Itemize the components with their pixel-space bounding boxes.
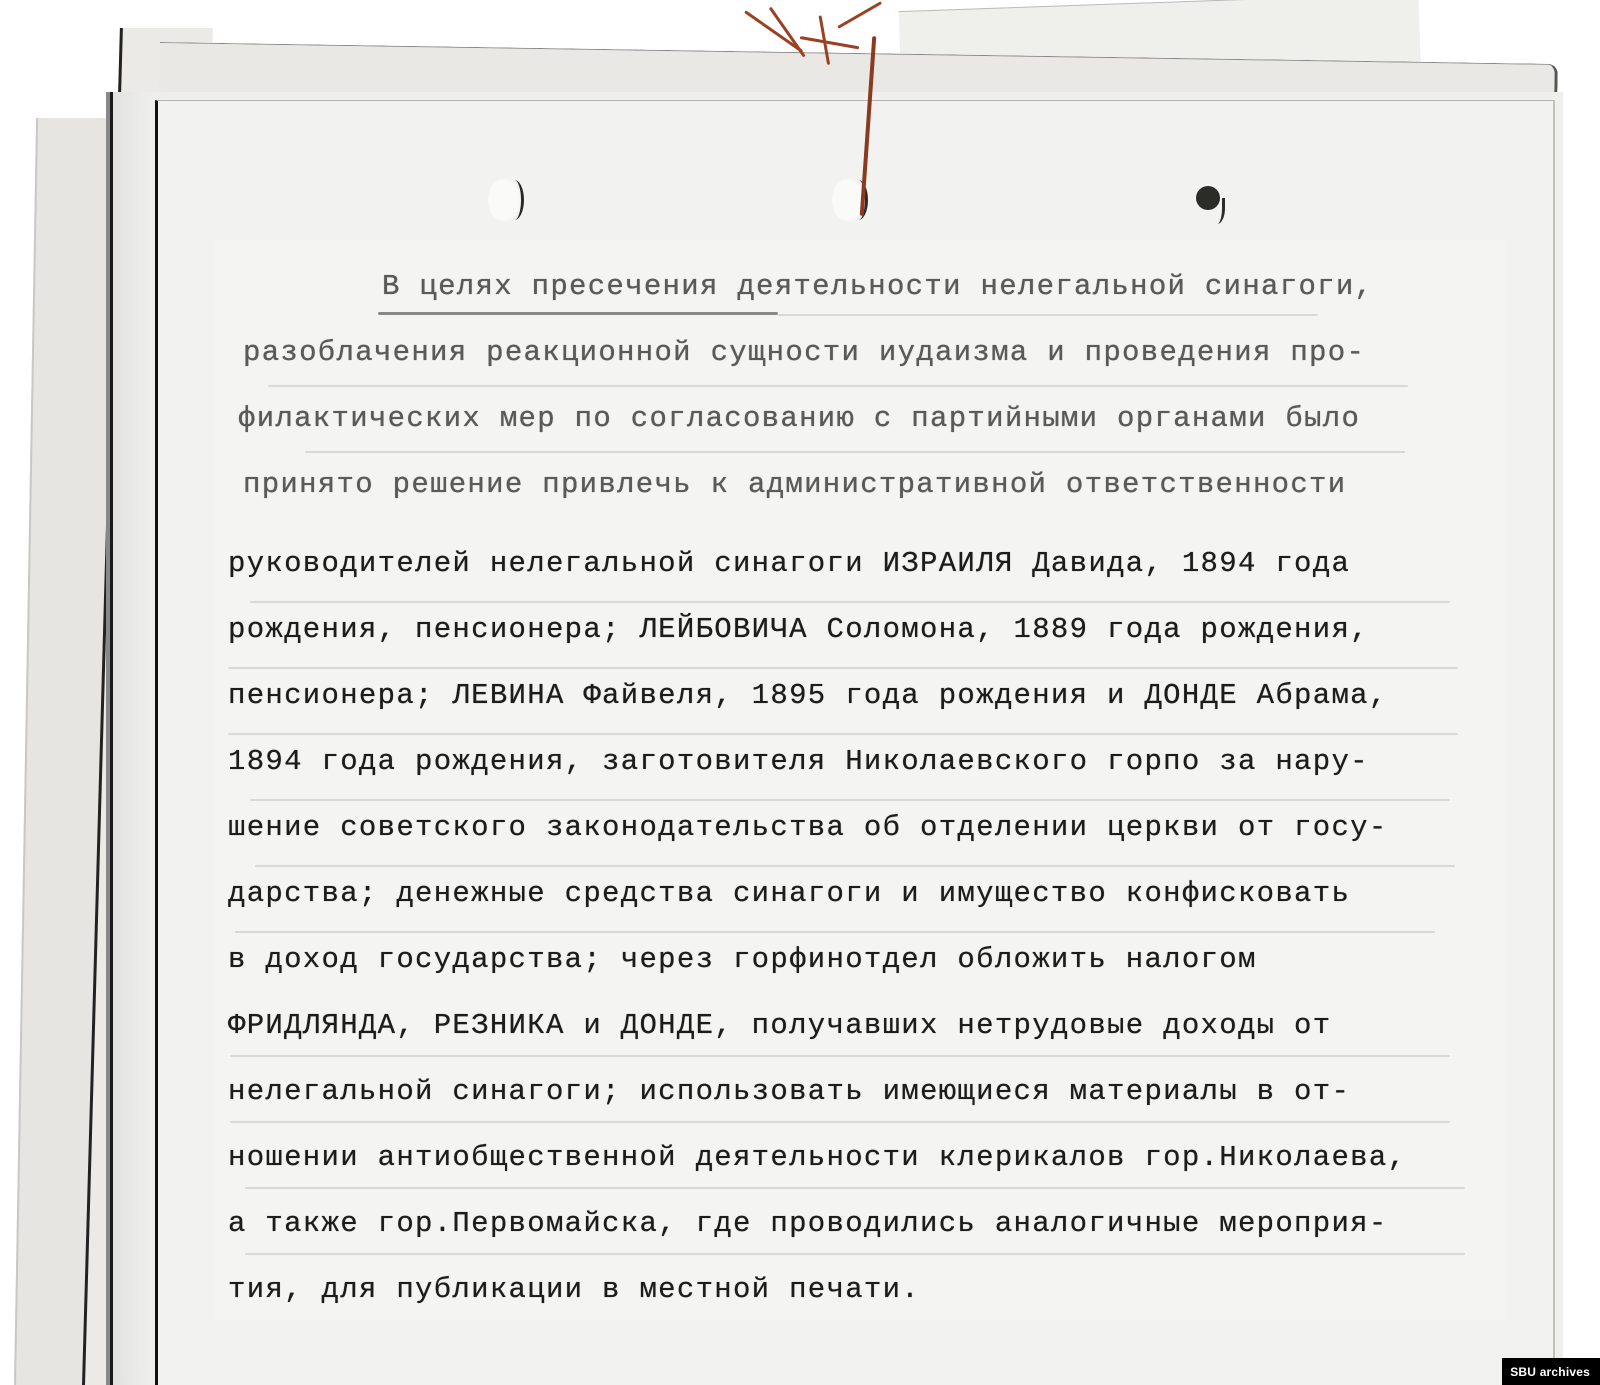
document-line: дарства; денежные средства синагоги и им… [228, 877, 1350, 911]
document-line: шение советского законодательства об отд… [228, 811, 1388, 845]
ruled-line [245, 1253, 1465, 1255]
document-line: тия, для публикации в местной печати. [228, 1273, 920, 1307]
document-line: а также гор.Первомайска, где проводились… [228, 1207, 1388, 1241]
document-line: ФРИДЛЯНДА, РЕЗНИКА и ДОНДЕ, получавших н… [228, 1009, 1331, 1043]
document-line: разоблачения реакционной сущности иудаиз… [243, 336, 1365, 370]
ruled-line [230, 1121, 1450, 1123]
document-line: 1894 года рождения, заготовителя Николае… [228, 745, 1369, 779]
ruled-line [778, 314, 1318, 316]
ruled-line [228, 667, 1458, 669]
ruled-line [268, 385, 1408, 387]
thread-fray-icon [800, 36, 860, 49]
thread-fray-icon [837, 1, 882, 29]
document-line: нелегальной синагоги; использовать имеющ… [228, 1075, 1350, 1109]
document-line: В целях пресечения деятельности нелегаль… [382, 270, 1373, 304]
photo-credit-badge: SBU archives [1502, 1358, 1600, 1385]
underline [378, 312, 778, 315]
ruled-line [228, 733, 1458, 735]
ruled-line [235, 931, 1435, 933]
ruled-line [250, 799, 1450, 801]
document-line: ношении антиобщественной деятельности кл… [228, 1141, 1406, 1175]
document-line: в доход государства; через горфинотдел о… [228, 943, 1257, 977]
binding-hole-left-icon [488, 178, 522, 222]
binding-hole-right-icon [1196, 186, 1220, 210]
ruled-line [245, 1187, 1465, 1189]
ruled-line [255, 865, 1455, 867]
document-line: принято решение привлечь к административ… [243, 468, 1346, 502]
ruled-line [250, 601, 1450, 603]
document-line: рождения, пенсионера; ЛЕЙБОВИЧА Соломона… [228, 613, 1369, 647]
document-line: пенсионера; ЛЕВИНА Файвеля, 1895 года ро… [228, 679, 1388, 713]
document-line: руководителей нелегальной синагоги ИЗРАИ… [228, 547, 1350, 581]
ruled-line [305, 451, 1405, 453]
document-line: филактических мер по согласованию с парт… [238, 402, 1360, 436]
ruled-line [230, 1055, 1450, 1057]
